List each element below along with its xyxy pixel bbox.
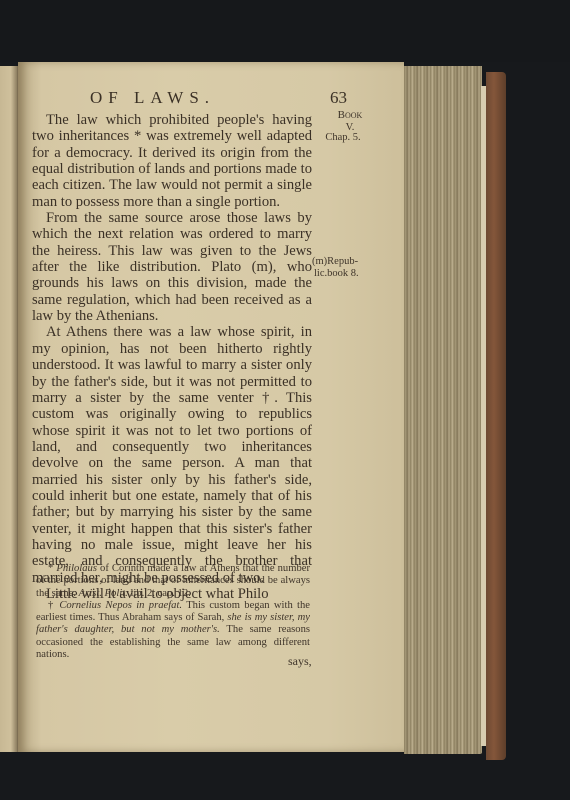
- margin-reference-line2: lic.book 8.: [314, 268, 374, 279]
- margin-reference-line1: (m)Repub-: [312, 256, 372, 267]
- footnote-1: * Philolaus of Corinth made a law at Ath…: [36, 563, 310, 600]
- footnote-italic: Cornelius Nepos in praefat.: [59, 600, 182, 611]
- leather-cover: [486, 72, 506, 760]
- footnote-mark: †: [48, 600, 55, 611]
- footnote-citation-ref: lib. 2. cap. 12.: [128, 588, 191, 599]
- paragraph: At Athens there was a law whose spirit, …: [32, 324, 312, 586]
- footnotes: * Philolaus of Corinth made a law at Ath…: [36, 563, 310, 661]
- page-edges-stack: [404, 66, 482, 754]
- margin-book-label: Book: [330, 110, 370, 121]
- footnote-2: † Cornelius Nepos in praefat. This custo…: [36, 600, 310, 661]
- running-head: OF LAWS.: [90, 88, 215, 108]
- dark-background: [0, 0, 570, 62]
- paragraph: From the same source arose those laws by…: [32, 210, 312, 324]
- margin-chapter: Chap. 5.: [318, 132, 368, 143]
- footnote-citation: Arist. Polit.: [79, 588, 128, 599]
- footnote-mark: *: [48, 563, 53, 574]
- body-text: The law which prohibited people's having…: [32, 112, 312, 602]
- footnote-italic: Philolaus: [56, 563, 97, 574]
- paragraph: The law which prohibited people's having…: [32, 112, 312, 210]
- page-number: 63: [330, 88, 347, 108]
- facing-page-edge: [0, 66, 18, 752]
- catchword: says,: [288, 654, 312, 669]
